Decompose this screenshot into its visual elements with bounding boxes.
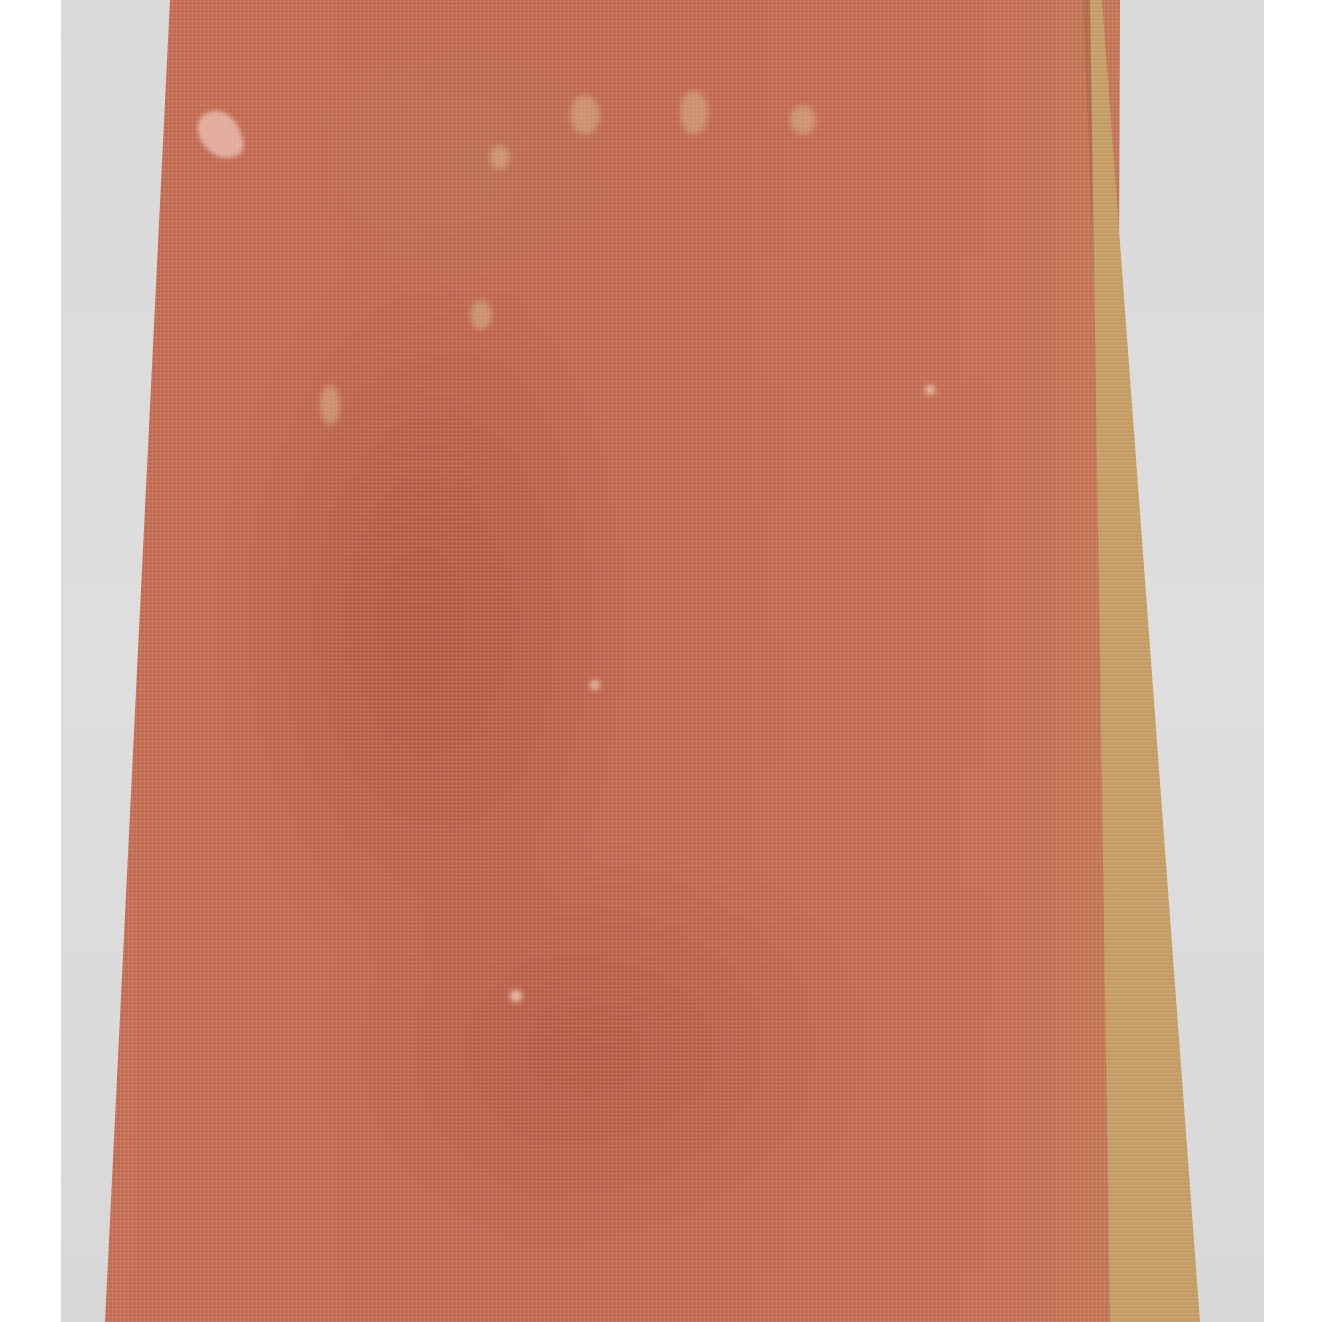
stain-spot bbox=[320, 385, 340, 425]
stain-spot bbox=[490, 145, 510, 170]
stain-spot bbox=[790, 105, 816, 135]
stain-spot bbox=[470, 300, 492, 330]
stain-spot bbox=[925, 385, 935, 395]
stain-spot bbox=[590, 680, 600, 690]
stain-spot bbox=[510, 990, 522, 1002]
book bbox=[0, 0, 1322, 1322]
stain-spot bbox=[570, 95, 600, 135]
stain-spot bbox=[680, 90, 708, 135]
